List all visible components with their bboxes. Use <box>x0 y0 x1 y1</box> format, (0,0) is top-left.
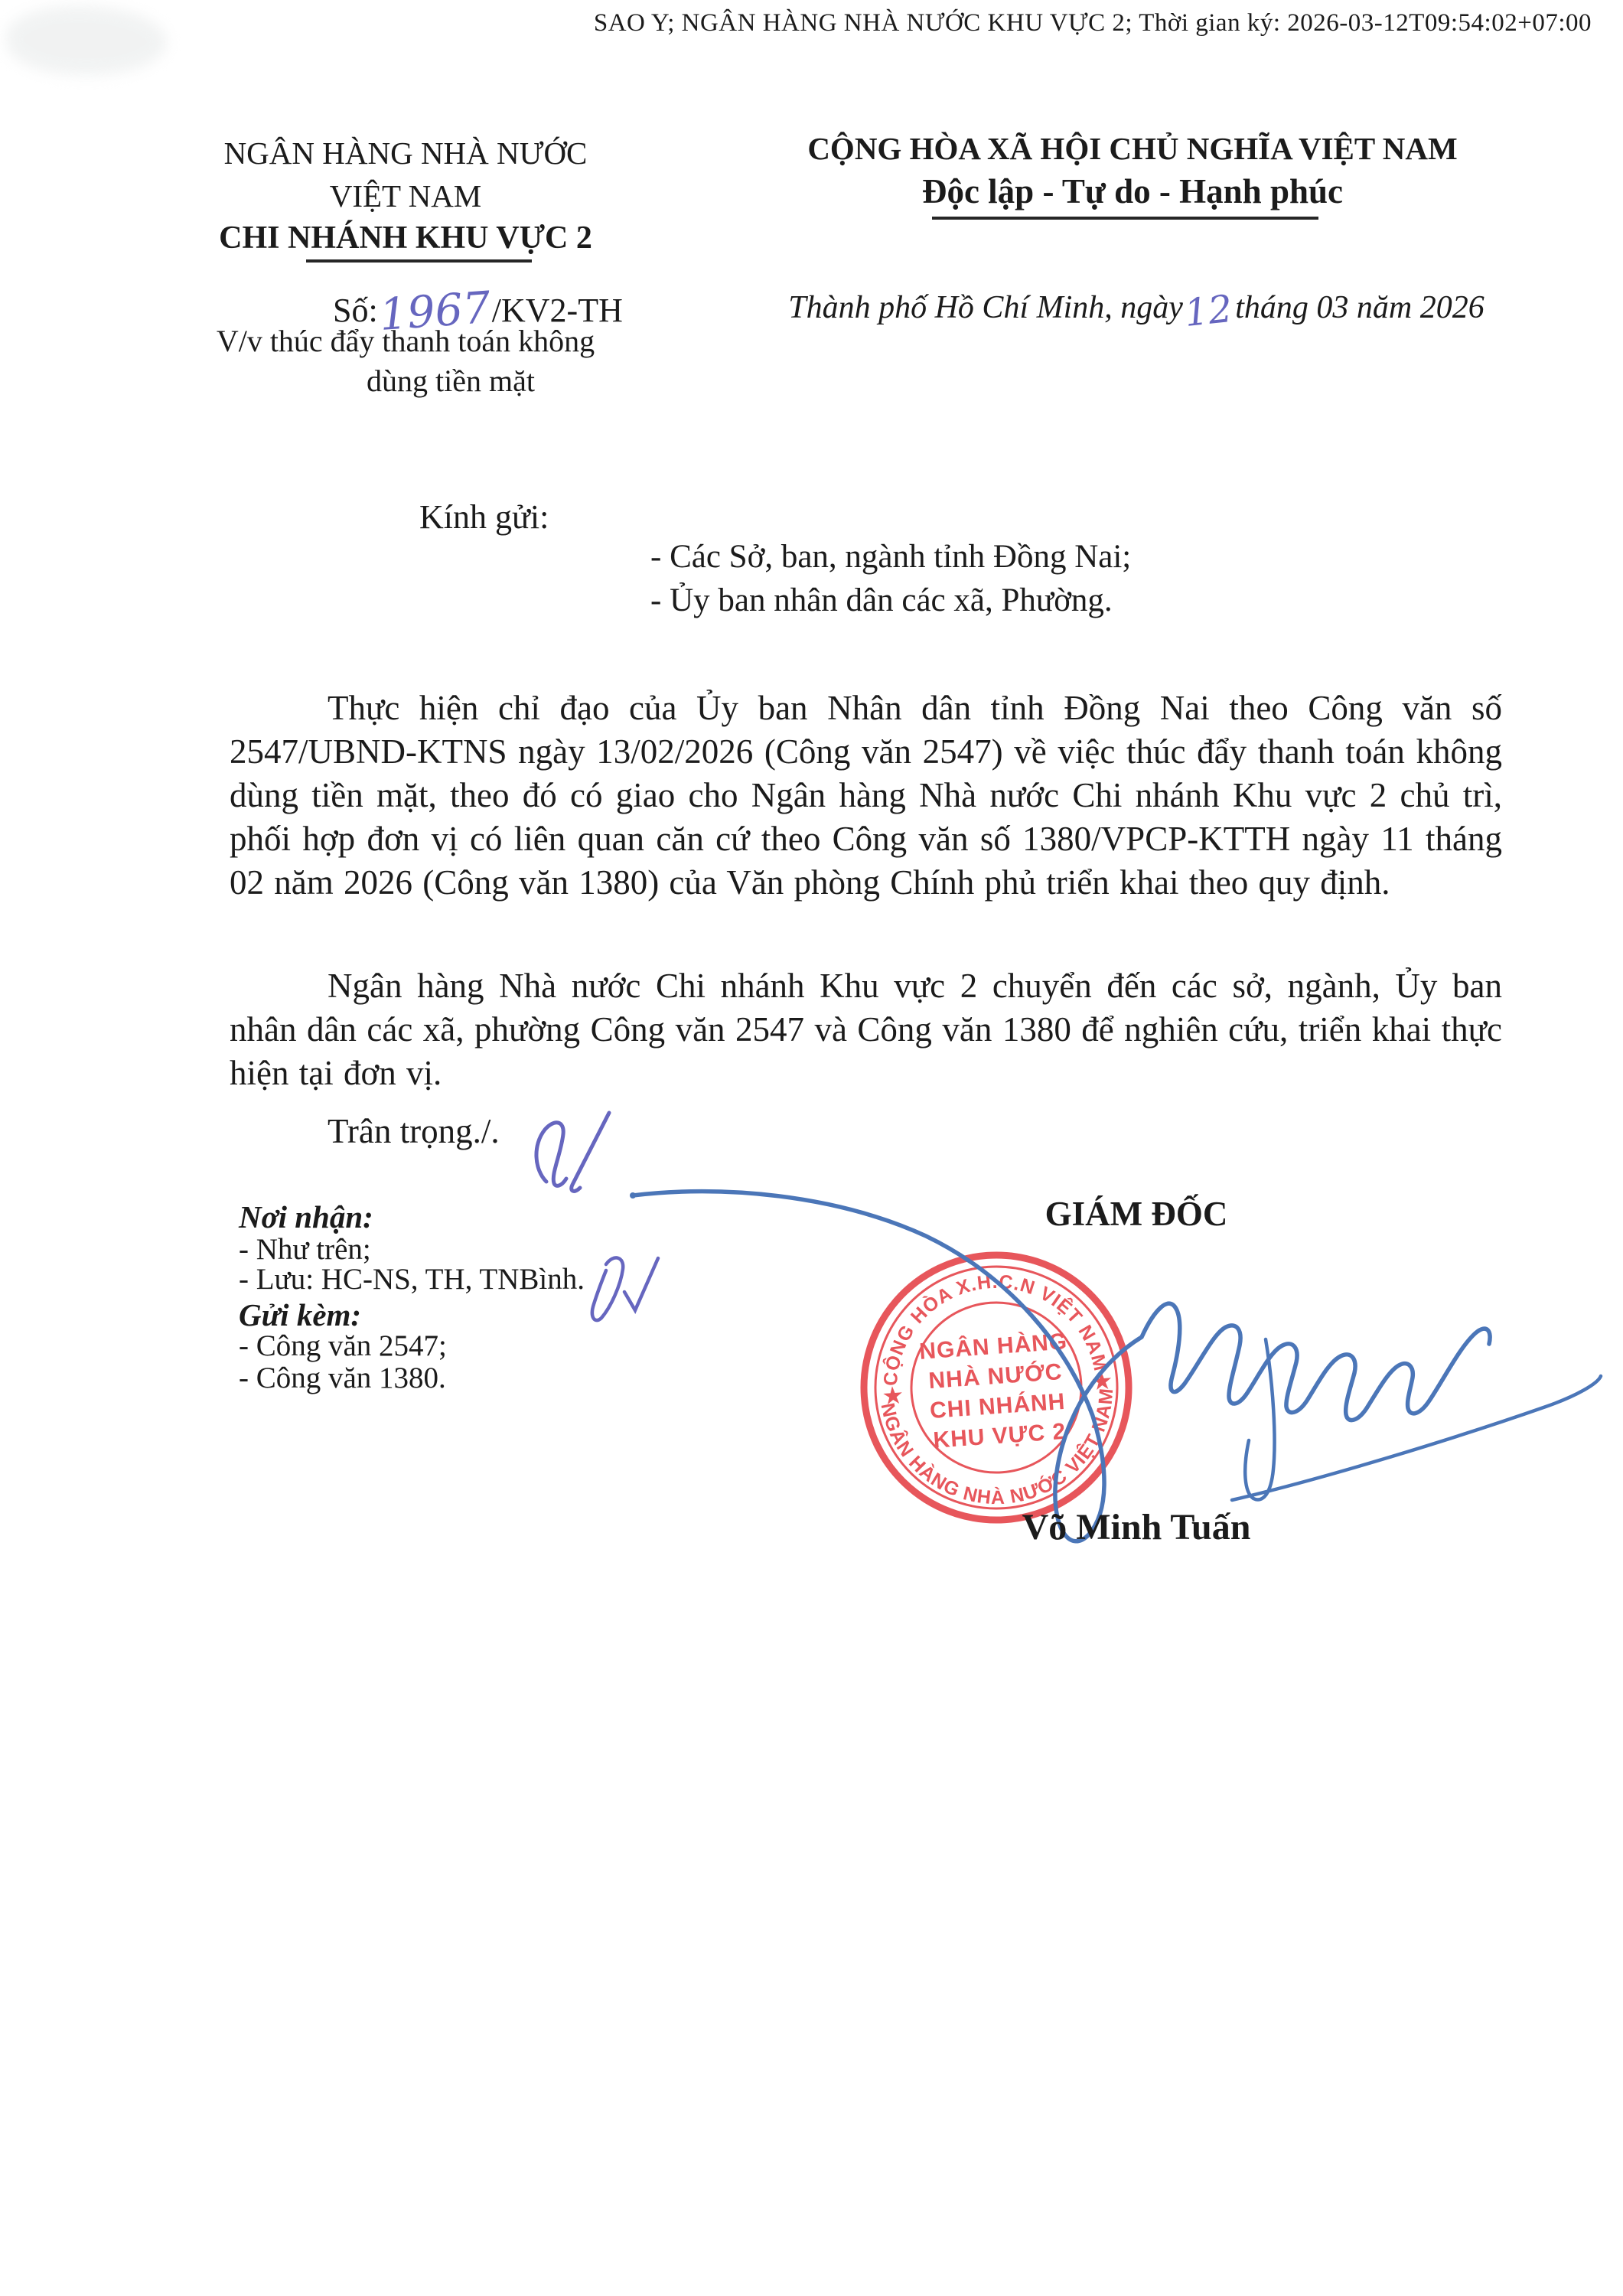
scan-smudge <box>6 6 167 75</box>
signer-name: Võ Minh Tuấn <box>960 1506 1312 1548</box>
salutation-recipient-2: - Ủy ban nhân dân các xã, Phường. <box>650 582 1113 619</box>
issuer-org-name-line1: NGÂN HÀNG NHÀ NƯỚC <box>214 135 597 171</box>
recipients-header: Nơi nhận: <box>239 1199 373 1235</box>
motto-underline <box>932 217 1318 220</box>
body-paragraph-1: Thực hiện chỉ đạo của Ủy ban Nhân dân tỉ… <box>230 687 1502 905</box>
issuer-org-name-line2: VIỆT NAM <box>214 178 597 214</box>
national-motto-line2: Độc lập - Tự do - Hạnh phúc <box>788 171 1477 211</box>
national-motto-line1: CỘNG HÒA XÃ HỘI CHỦ NGHĨA VIỆT NAM <box>788 130 1477 167</box>
subject-line2-wrap: dùng tiền mặt <box>214 363 597 399</box>
attachments-header: Gửi kèm: <box>239 1296 361 1333</box>
certification-line: SAO Y; NGÂN HÀNG NHÀ NƯỚC KHU VỰC 2; Thờ… <box>490 9 1592 38</box>
date-suffix: tháng 03 năm 2026 <box>1235 289 1484 326</box>
salutation-label: Kính gửi: <box>419 497 549 536</box>
subject-line2: dùng tiền mặt <box>367 364 535 398</box>
attachments-item-2: - Công văn 1380. <box>239 1361 446 1395</box>
closing-phrase: Trân trọng./. <box>328 1111 500 1151</box>
salutation-recipient-1: - Các Sở, ban, ngành tỉnh Đồng Nai; <box>650 538 1131 576</box>
issuer-underline <box>306 259 532 263</box>
place-date-line: Thành phố Hồ Chí Minh, ngày 12 tháng 03 … <box>773 283 1500 327</box>
date-prefix: Thành phố Hồ Chí Minh, ngày <box>788 289 1183 326</box>
document-page: SAO Y; NGÂN HÀNG NHÀ NƯỚC KHU VỰC 2; Thờ… <box>0 0 1623 2296</box>
attachments-item-1: - Công văn 2547; <box>239 1329 447 1363</box>
issuer-branch-name: CHI NHÁNH KHU VỰC 2 <box>214 220 597 256</box>
body-paragraph-2: Ngân hàng Nhà nước Chi nhánh Khu vực 2 c… <box>230 964 1502 1095</box>
date-handwritten-day: 12 <box>1182 287 1234 335</box>
subject-line1: V/v thúc đẩy thanh toán không <box>214 323 597 359</box>
